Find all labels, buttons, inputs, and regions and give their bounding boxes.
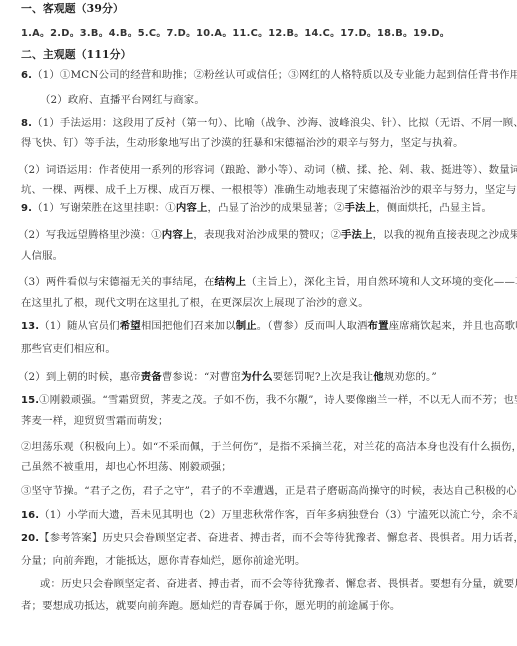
lower-block xyxy=(0,0,517,646)
